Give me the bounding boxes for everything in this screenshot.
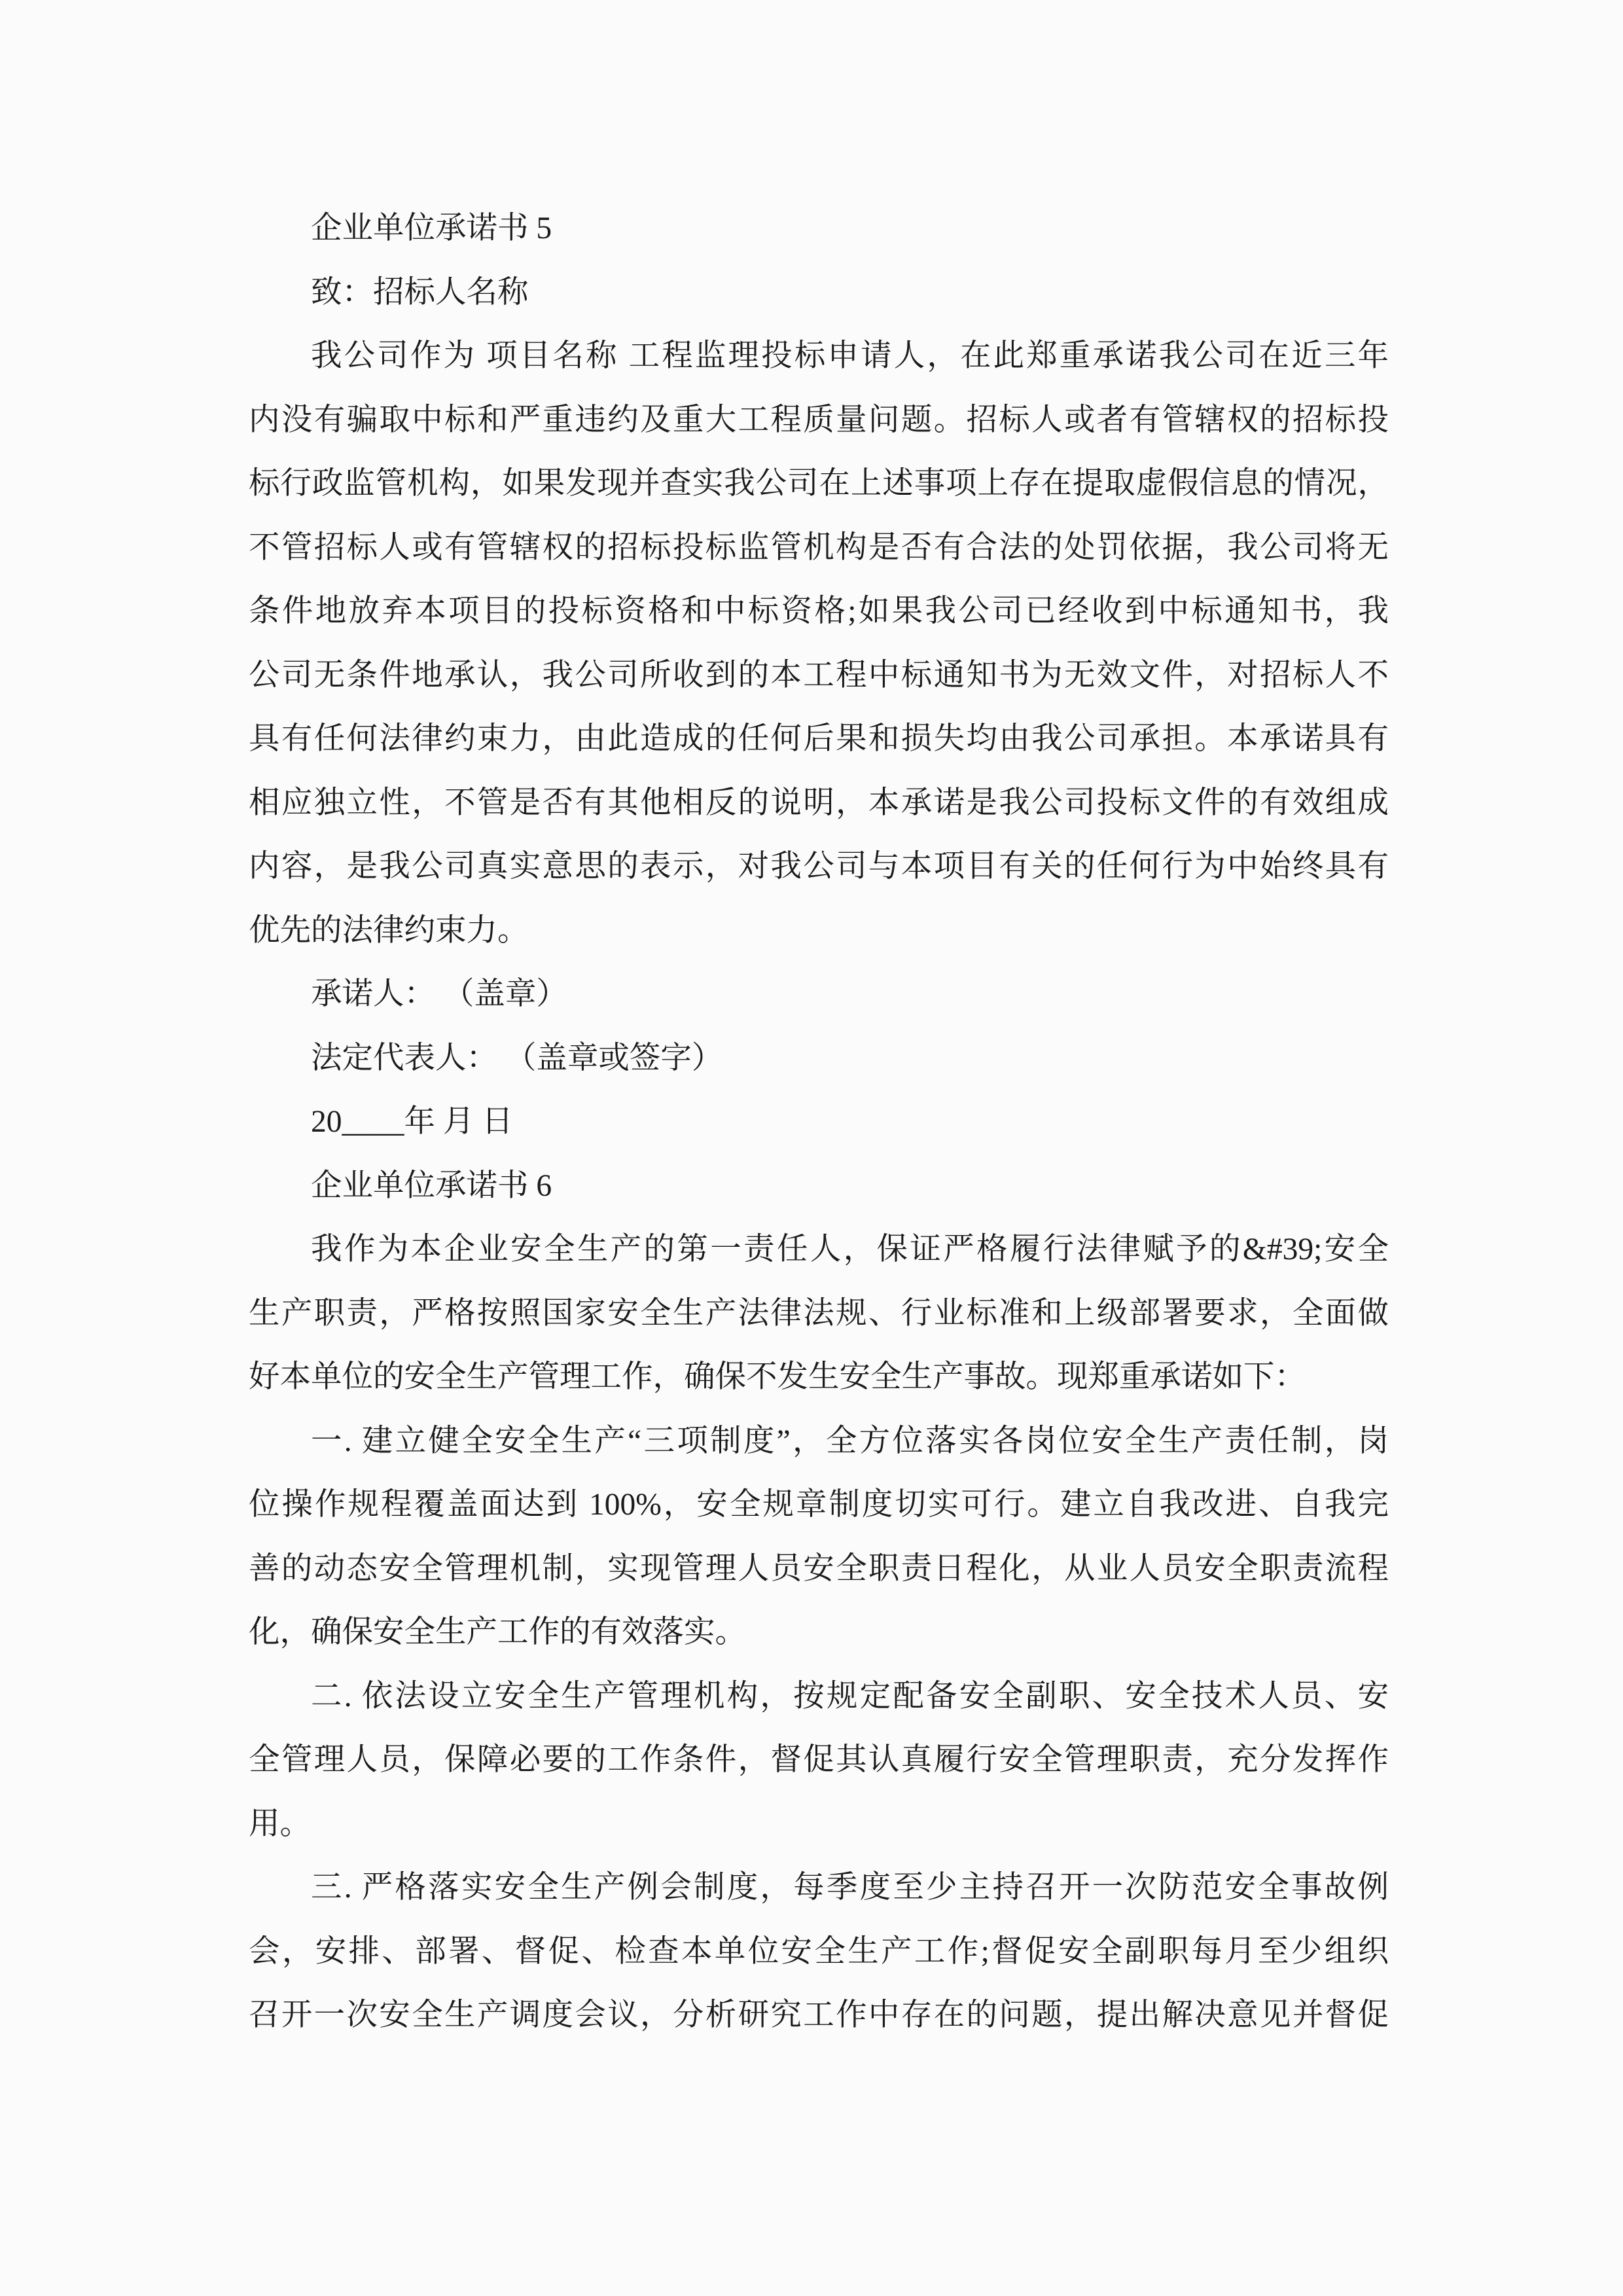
text-line: 生产职责，严格按照国家安全生产法律法规、行业标准和上级部署要求，全面做 (249, 1282, 1389, 1346)
text-line: 我公司作为 项目名称 工程监理投标申请人，在此郑重承诺我公司在近三年 (249, 325, 1389, 389)
text-line: 我作为本企业安全生产的第一责任人，保证严格履行法律赋予的&#39;安全 (249, 1218, 1389, 1282)
document-text-block: 企业单位承诺书 5 致：招标人名称 我公司作为 项目名称 工程监理投标申请人，在… (249, 197, 1389, 2048)
text-line: 条件地放弃本项目的投标资格和中标资格;如果我公司已经收到中标通知书，我 (249, 580, 1389, 644)
list-item-line: 三. 严格落实安全生产例会制度，每季度至少主持召开一次防范安全事故例 (249, 1856, 1389, 1920)
text-line: 相应独立性，不管是否有其他相反的说明，本承诺是我公司投标文件的有效组成 (249, 772, 1389, 836)
text-line: 用。 (249, 1793, 1389, 1857)
text-line: 不管招标人或有管辖权的招标投标监管机构是否有合法的处罚依据，我公司将无 (249, 516, 1389, 581)
document-page: 企业单位承诺书 5 致：招标人名称 我公司作为 项目名称 工程监理投标申请人，在… (0, 0, 1623, 2296)
text-line: 好本单位的安全生产管理工作，确保不发生安全生产事故。现郑重承诺如下： (249, 1346, 1389, 1410)
section-heading: 企业单位承诺书 6 (249, 1155, 1389, 1219)
text-line: 公司无条件地承认，我公司所收到的本工程中标通知书为无效文件，对招标人不 (249, 644, 1389, 708)
text-line: 会，安排、部署、督促、检查本单位安全生产工作;督促安全副职每月至少组织 (249, 1920, 1389, 1984)
addressee-line: 致：招标人名称 (249, 261, 1389, 325)
text-line: 标行政监管机构，如果发现并查实我公司在上述事项上存在提取虚假信息的情况， (249, 452, 1389, 516)
signature-line: 法定代表人： （盖章或签字） (249, 1027, 1389, 1091)
text-line: 全管理人员，保障必要的工作条件，督促其认真履行安全管理职责，充分发挥作 (249, 1729, 1389, 1793)
text-line: 内没有骗取中标和严重违约及重大工程质量问题。招标人或者有管辖权的招标投 (249, 389, 1389, 453)
text-line: 召开一次安全生产调度会议，分析研究工作中存在的问题，提出解决意见并督促 (249, 1984, 1389, 2048)
list-item-line: 二. 依法设立安全生产管理机构，按规定配备安全副职、安全技术人员、安 (249, 1665, 1389, 1729)
list-item-line: 一. 建立健全安全生产“三项制度”，全方位落实各岗位安全生产责任制，岗 (249, 1410, 1389, 1474)
section-heading: 企业单位承诺书 5 (249, 197, 1389, 261)
signature-line: 承诺人： （盖章） (249, 963, 1389, 1027)
text-line: 位操作规程覆盖面达到 100%，安全规章制度切实可行。建立自我改进、自我完 (249, 1473, 1389, 1537)
text-line: 化，确保安全生产工作的有效落实。 (249, 1601, 1389, 1665)
text-line: 具有任何法律约束力，由此造成的任何后果和损失均由我公司承担。本承诺具有 (249, 708, 1389, 772)
text-line: 内容，是我公司真实意思的表示，对我公司与本项目有关的任何行为中始终具有 (249, 835, 1389, 899)
date-line: 20____年 月 日 (249, 1090, 1389, 1155)
text-line: 善的动态安全管理机制，实现管理人员安全职责日程化，从业人员安全职责流程 (249, 1537, 1389, 1602)
text-line: 优先的法律约束力。 (249, 899, 1389, 963)
